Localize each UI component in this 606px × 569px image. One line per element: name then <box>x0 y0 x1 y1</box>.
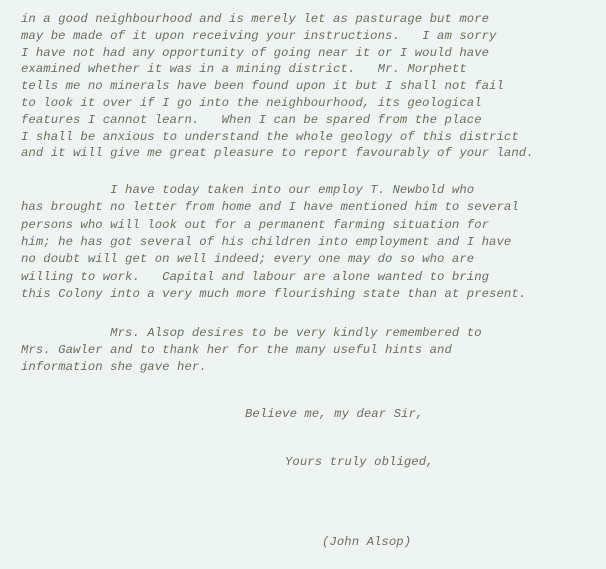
text-line: I shall be anxious to understand the who… <box>21 130 519 144</box>
text-line: examined whether it was in a mining dist… <box>21 62 467 76</box>
text-line: may be made of it upon receiving your in… <box>21 29 496 43</box>
text-line: this Colony into a very much more flouri… <box>21 287 526 301</box>
text-line: I have not had any opportunity of going … <box>21 46 489 60</box>
text-line: him; he has got several of his children … <box>21 235 511 249</box>
closing-believe-me: Believe me, my dear Sir, <box>245 407 423 421</box>
text-line: to look it over if I go into the neighbo… <box>21 96 482 110</box>
text-line: information she gave her. <box>21 360 207 374</box>
text-line: no doubt will get on well indeed; every … <box>21 252 474 266</box>
text-line: features I cannot learn. When I can be s… <box>21 113 482 127</box>
text-line: and it will give me great pleasure to re… <box>21 146 534 160</box>
letter-page: in a good neighbourhood and is merely le… <box>0 0 606 569</box>
text-line: has brought no letter from home and I ha… <box>21 200 519 214</box>
text-line: Mrs. Gawler and to thank her for the man… <box>21 343 452 357</box>
text-line: Mrs. Alsop desires to be very kindly rem… <box>21 326 482 340</box>
text-line: persons who will look out for a permanen… <box>21 218 489 232</box>
text-line: tells me no minerals have been found upo… <box>21 79 504 93</box>
text-line: I have today taken into our employ T. Ne… <box>21 183 474 197</box>
closing-yours-truly: Yours truly obliged, <box>285 455 434 469</box>
text-line: willing to work. Capital and labour are … <box>21 270 489 284</box>
signature: (John Alsop) <box>322 535 411 549</box>
text-line: in a good neighbourhood and is merely le… <box>21 12 489 26</box>
